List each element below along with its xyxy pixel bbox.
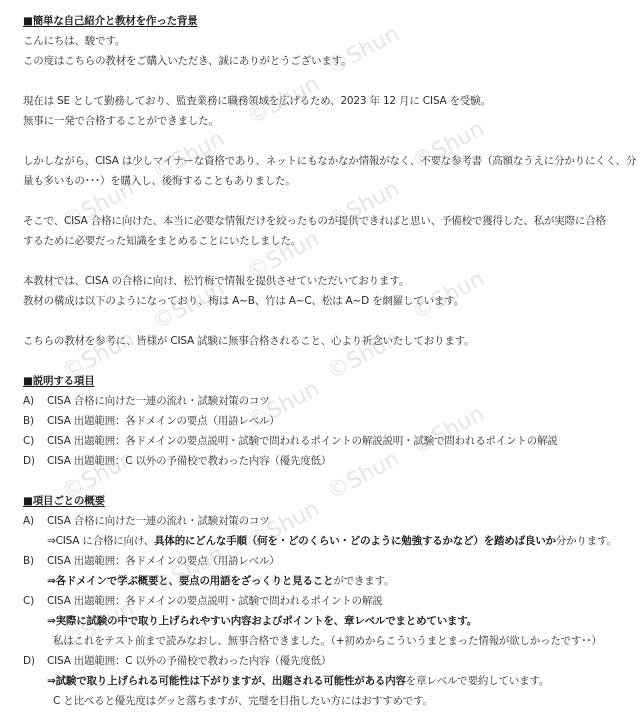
item-text: CISA 合格に向けた一連の流れ・試験対策のコツ xyxy=(47,391,270,411)
topic-item-d: D) CISA 出題範囲：C 以外の予備校で教わった内容（優先度低） xyxy=(23,451,623,471)
item-text: CISA 出題範囲：各ドメインの要点（用語レベル） xyxy=(47,551,280,571)
detail-prefix: ⇒CISA に合格に向け、 xyxy=(47,535,154,547)
item-text: CISA 出題範囲：C 以外の予備校で教わった内容（優先度低） xyxy=(47,451,331,471)
item-label: A) xyxy=(23,511,47,531)
item-label: B) xyxy=(23,411,47,431)
summary-item-a-detail: ⇒CISA に合格に向け、具体的にどんな手順（何を・どのくらい・どのように勉強す… xyxy=(23,531,623,551)
item-text: CISA 出題範囲：各ドメインの要点説明・試験で問われるポイントの解説説明・試験… xyxy=(47,431,558,451)
intro-line: そこで、CISA 合格に向けた、本当に必要な情報だけを絞ったものが提供できればと… xyxy=(23,211,623,231)
detail-suffix: ができます。 xyxy=(333,575,394,587)
intro-line: 無事に一発で合格することができました。 xyxy=(23,111,623,131)
spacer xyxy=(23,311,623,331)
detail-emphasis: 具体的にどんな手順（何を・どのくらい・どのように勉強するかなど）を踏めば良いか xyxy=(154,535,556,547)
section-heading-intro: ■簡単な自己紹介と教材を作った背景 xyxy=(23,11,623,31)
intro-line: 現在は SE として勤務しており、監査業務に職務領域を広げるため、2023 年 … xyxy=(23,91,623,111)
spacer xyxy=(23,131,623,151)
topic-item-a: A) CISA 合格に向けた一連の流れ・試験対策のコツ xyxy=(23,391,623,411)
detail-emphasis: ⇒試験で取り上げられる可能性は下がりますが、出題される可能性がある内容 xyxy=(47,675,406,687)
summary-item-c-note: 私はこれをテスト前まで読みなおし、無事合格できました。（+初めからこういうまとま… xyxy=(23,631,623,651)
intro-line: こんにちは、駿です。 xyxy=(23,31,623,51)
spacer xyxy=(23,71,623,91)
item-label: A) xyxy=(23,391,47,411)
summary-item-d: D) CISA 出題範囲：C 以外の予備校で教わった内容（優先度低） xyxy=(23,651,623,671)
spacer xyxy=(23,351,623,371)
summary-item-b: B) CISA 出題範囲：各ドメインの要点（用語レベル） xyxy=(23,551,623,571)
summary-item-b-detail: ⇒各ドメインで学ぶ概要と、要点の用語をざっくりと見ることができます。 xyxy=(23,571,623,591)
section-heading-summary: ■項目ごとの概要 xyxy=(23,491,623,511)
item-label: C) xyxy=(23,431,47,451)
detail-suffix: を章レベルで要約しています。 xyxy=(406,675,549,687)
item-text: CISA 合格に向けた一連の流れ・試験対策のコツ xyxy=(47,511,270,531)
topic-item-c: C) CISA 出題範囲：各ドメインの要点説明・試験で問われるポイントの解説説明… xyxy=(23,431,623,451)
detail-emphasis: ⇒各ドメインで学ぶ概要と、要点の用語をざっくりと見ること xyxy=(47,575,333,587)
intro-line: 教材の構成は以下のようになっており、梅は A~B、竹は A~C、松は A~D を… xyxy=(23,291,623,311)
summary-item-c: C) CISA 出題範囲：各ドメインの要点説明・試験で問われるポイントの解説 xyxy=(23,591,623,611)
item-text: CISA 出題範囲：C 以外の予備校で教わった内容（優先度低） xyxy=(47,651,331,671)
intro-line: 量も多いもの･･･）を購入し、後悔することもありました。 xyxy=(23,171,623,191)
detail-suffix: 分かります。 xyxy=(556,535,617,547)
intro-line: 本教材では、CISA の合格に向け、松竹梅で情報を提供させていただいております。 xyxy=(23,271,623,291)
summary-item-d-detail: ⇒試験で取り上げられる可能性は下がりますが、出題される可能性がある内容を章レベル… xyxy=(23,671,623,691)
spacer xyxy=(23,251,623,271)
section-heading-topics: ■説明する項目 xyxy=(23,371,623,391)
detail-emphasis: ⇒実際に試験の中で取り上げられやすい内容およびポイントを、章レベルでまとめていま… xyxy=(47,615,477,627)
intro-line: しかしながら、CISA は少しマイナーな資格であり、ネットにもなかなか情報がなく… xyxy=(23,151,623,171)
item-text: CISA 出題範囲：各ドメインの要点（用語レベル） xyxy=(47,411,280,431)
intro-line: こちらの教材を参考に、皆様が CISA 試験に無事合格されること、心より祈念いた… xyxy=(23,331,623,351)
item-label: D) xyxy=(23,651,47,671)
intro-line: この度はこちらの教材をご購入いただき、誠にありがとうございます。 xyxy=(23,51,623,71)
topic-item-b: B) CISA 出題範囲：各ドメインの要点（用語レベル） xyxy=(23,411,623,431)
spacer xyxy=(23,471,623,491)
document-page: ■簡単な自己紹介と教材を作った背景 こんにちは、駿です。 この度はこちらの教材を… xyxy=(23,11,623,711)
item-label: C) xyxy=(23,591,47,611)
summary-item-a: A) CISA 合格に向けた一連の流れ・試験対策のコツ xyxy=(23,511,623,531)
item-text: CISA 出題範囲：各ドメインの要点説明・試験で問われるポイントの解説 xyxy=(47,591,383,611)
item-label: D) xyxy=(23,451,47,471)
summary-item-c-detail: ⇒実際に試験の中で取り上げられやすい内容およびポイントを、章レベルでまとめていま… xyxy=(23,611,623,631)
item-label: B) xyxy=(23,551,47,571)
spacer xyxy=(23,191,623,211)
intro-line: するために必要だった知識をまとめることにいたしました。 xyxy=(23,231,623,251)
summary-item-d-note: C と比べると優先度はグッと落ちますが、完璧を目指したい方にはおすすめです。 xyxy=(23,691,623,711)
